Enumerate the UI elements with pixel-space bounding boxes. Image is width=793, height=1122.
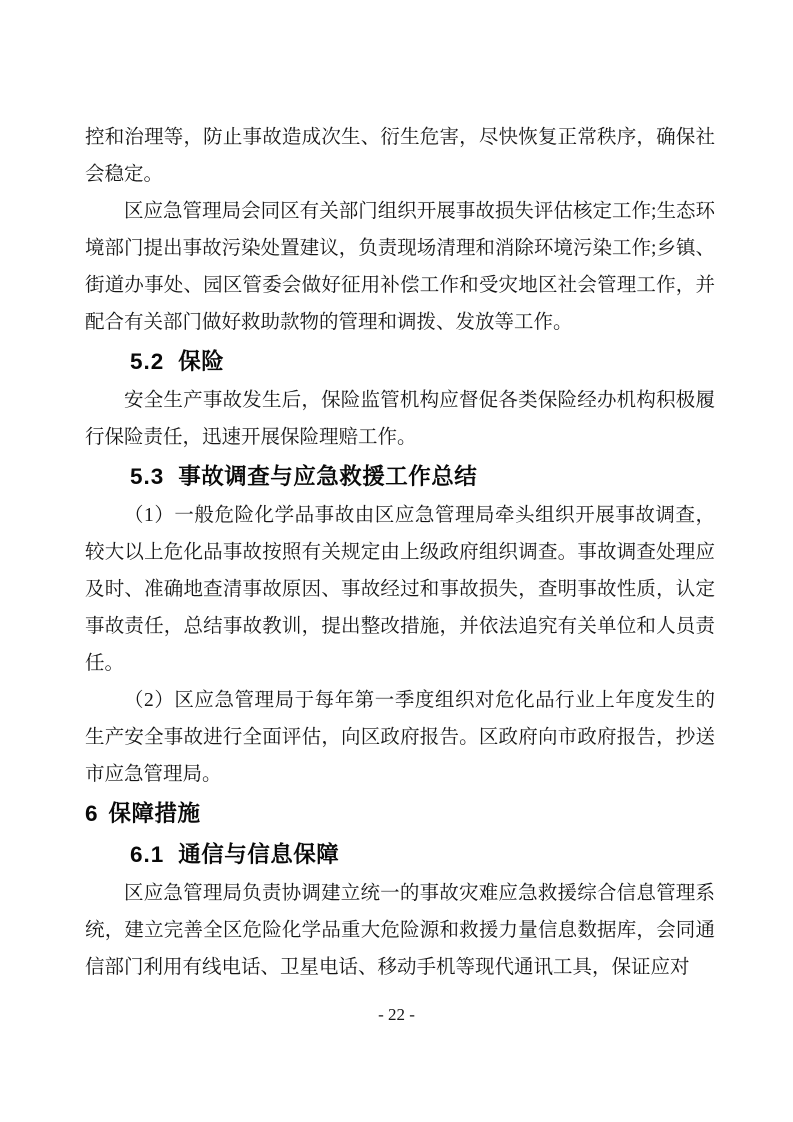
paragraph: 安全生产事故发生后，保险监管机构应督促各类保险经办机构积极履行保险责任，迅速开展… xyxy=(85,382,715,456)
heading-number: 6.1 xyxy=(130,835,164,875)
paragraph: （1）一般危险化学品事故由区应急管理局牵头组织开展事故调查，较大以上危化品事故按… xyxy=(85,497,715,682)
heading-5-3: 5.3事故调查与应急救援工作总结 xyxy=(85,457,715,497)
page-number: - 22 - xyxy=(378,1005,415,1024)
heading-title: 事故调查与应急救援工作总结 xyxy=(178,464,477,489)
heading-6-1: 6.1通信与信息保障 xyxy=(85,835,715,875)
heading-title: 保险 xyxy=(178,349,224,374)
document-body: 控和治理等，防止事故造成次生、衍生危害，尽快恢复正常秩序，确保社会稳定。 区应急… xyxy=(85,119,715,986)
document-page: 控和治理等，防止事故造成次生、衍生危害，尽快恢复正常秩序，确保社会稳定。 区应急… xyxy=(0,0,793,1122)
heading-5-2: 5.2保险 xyxy=(85,342,715,382)
heading-title: 保障措施 xyxy=(109,801,201,826)
heading-6: 6保障措施 xyxy=(85,794,715,834)
paragraph: 区应急管理局负责协调建立统一的事故灾难应急救援综合信息管理系统，建立完善全区危险… xyxy=(85,875,715,986)
paragraph-continuation: 控和治理等，防止事故造成次生、衍生危害，尽快恢复正常秩序，确保社会稳定。 xyxy=(85,119,715,193)
heading-number: 5.3 xyxy=(130,457,164,497)
page-footer: - 22 - xyxy=(0,1002,793,1028)
paragraph: （2）区应急管理局于每年第一季度组织对危化品行业上年度发生的生产安全事故进行全面… xyxy=(85,682,715,793)
heading-number: 6 xyxy=(85,794,99,834)
heading-number: 5.2 xyxy=(130,342,164,382)
paragraph: 区应急管理局会同区有关部门组织开展事故损失评估核定工作;生态环境部门提出事故污染… xyxy=(85,193,715,341)
heading-title: 通信与信息保障 xyxy=(178,842,339,867)
